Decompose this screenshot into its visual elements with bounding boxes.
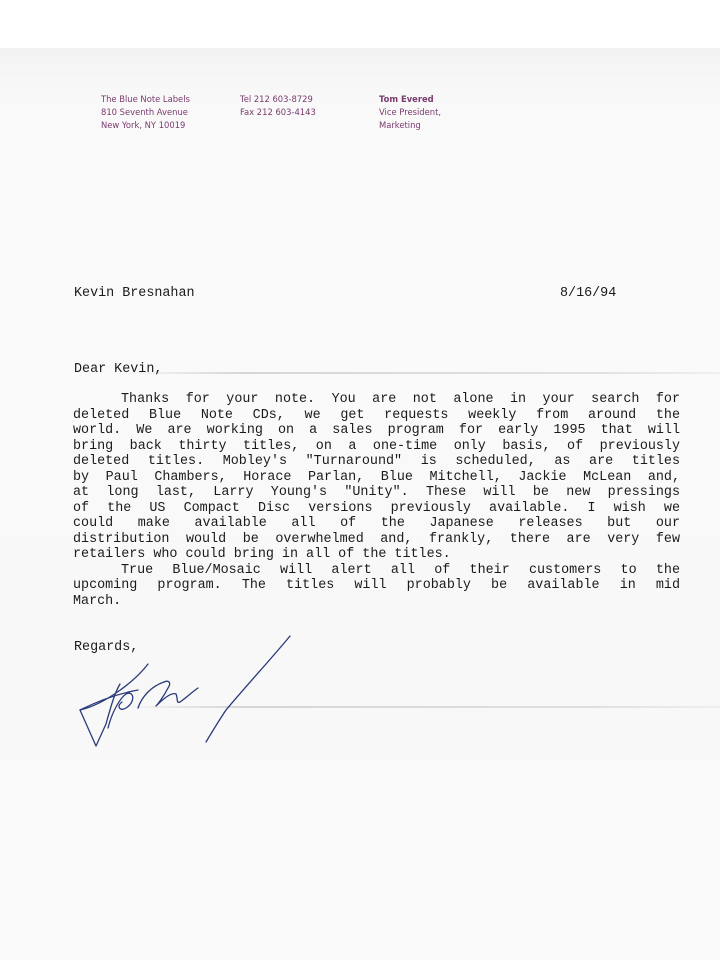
- body-line: March.: [73, 594, 680, 610]
- body-line: Thanks for your note. You are not alone …: [73, 392, 680, 408]
- company-contact: Tel 212 603-8729 Fax 212 603-4143: [240, 93, 316, 119]
- body-line: deleted Blue Note CDs, we get requests w…: [73, 408, 680, 424]
- paragraph-2: True Blue/Mosaic will alert all of their…: [73, 563, 680, 610]
- body-line: at long last, Larry Young's "Unity". The…: [73, 485, 680, 501]
- telephone: Tel 212 603-8729: [240, 93, 316, 106]
- body-line: upcoming program. The titles will probab…: [73, 578, 680, 594]
- body-line: bring back thirty titles, on a one-time …: [73, 439, 680, 455]
- sender-title: Vice President,: [379, 106, 441, 119]
- body-line: True Blue/Mosaic will alert all of their…: [73, 563, 680, 579]
- sender-info: Tom Evered Vice President, Marketing: [379, 93, 441, 132]
- body-line: deleted titles. Mobley's "Turnaround" is…: [73, 454, 680, 470]
- company-city: New York, NY 10019: [101, 119, 190, 132]
- letter-body: Thanks for your note. You are not alone …: [73, 392, 680, 609]
- body-line: world. We are working on a sales program…: [73, 423, 680, 439]
- letter-date: 8/16/94: [560, 286, 616, 301]
- salutation: Dear Kevin,: [74, 362, 162, 377]
- handwritten-signature: [76, 632, 306, 762]
- company-name: The Blue Note Labels: [101, 93, 190, 106]
- company-address: The Blue Note Labels 810 Seventh Avenue …: [101, 93, 190, 132]
- paper-fold-line: [120, 372, 720, 374]
- recipient-name: Kevin Bresnahan: [74, 286, 195, 301]
- body-line: of the US Compact Disc versions previous…: [73, 501, 680, 517]
- fax: Fax 212 603-4143: [240, 106, 316, 119]
- paragraph-1: Thanks for your note. You are not alone …: [73, 392, 680, 563]
- sender-department: Marketing: [379, 119, 441, 132]
- body-line: could make available all of the Japanese…: [73, 516, 680, 532]
- sender-name: Tom Evered: [379, 93, 441, 106]
- body-line: by Paul Chambers, Horace Parlan, Blue Mi…: [73, 470, 680, 486]
- body-line: retailers who could bring in all of the …: [73, 547, 680, 563]
- company-street: 810 Seventh Avenue: [101, 106, 190, 119]
- body-line: distribution would be overwhelmed and, f…: [73, 532, 680, 548]
